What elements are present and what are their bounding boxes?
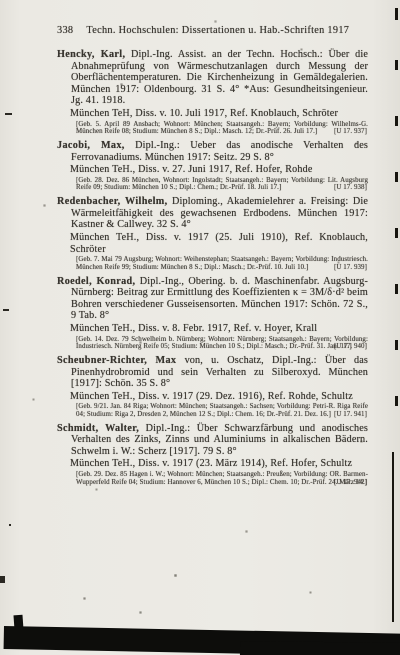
bio-text: [Geb. 29. Dez. 85 Hagen i. W.; Wohnort: … (76, 471, 368, 486)
entry-text: Redenbacher, Wilhelm, Diploming., Akadem… (57, 196, 368, 231)
scan-left-mark (3, 309, 9, 311)
dissertation-line: München TeH., Diss. v. 1917 (25. Juli 19… (57, 232, 368, 255)
catalog-number: [U 17. 938] (334, 184, 367, 192)
scan-right-mark (395, 8, 398, 20)
entry-author: Hencky, Karl, (57, 49, 125, 60)
bio-note: [Geb. 28. Dez. 86 München, Wohnort: Ingo… (57, 177, 368, 192)
entry-scheubner-richter: Scheubner-Richter, Max von, u. Oschatz, … (57, 355, 368, 419)
page-number: 338 (57, 25, 73, 36)
dissertation-line: München TeH., Diss. v. 1917 (23. März 19… (57, 458, 368, 470)
scan-right-mark (395, 340, 398, 350)
bio-text: [Geb. 14. Dez. 79 Schwelheim b. Nürnberg… (76, 336, 368, 351)
entry-redenbacher: Redenbacher, Wilhelm, Diploming., Akadem… (57, 196, 368, 271)
entry-text: Hencky, Karl, Dipl.-Ing. Assist. an der … (57, 49, 368, 107)
scan-right-mark (395, 228, 398, 238)
scanned-book-page: 338 Techn. Hochschulen: Dissertationen u… (0, 0, 400, 655)
dissertation-line: München TeH., Diss. v. 8. Febr. 1917, Re… (57, 323, 368, 335)
entry-text: Scheubner-Richter, Max von, u. Oschatz, … (57, 355, 368, 390)
bio-text: [Geb. 7. Mai 79 Augsburg; Wohnort: Weihe… (76, 256, 368, 271)
bio-text: [Geb. 9/21. Jan. 84 Riga; Wohnort: Münch… (76, 403, 368, 418)
scan-right-mark (395, 172, 398, 182)
dissertation-line: München TeH., Diss. v. 1917 (29. Dez. 19… (57, 391, 368, 403)
entry-author: Redenbacher, Wilhelm, (57, 196, 168, 207)
entry-author: Scheubner-Richter, Max (57, 355, 176, 366)
catalog-number: [U 17. 939] (334, 264, 367, 272)
catalog-number: [U 17. 942] (334, 479, 367, 487)
entry-author: Schmidt, Walter, (57, 423, 139, 434)
scan-left-mark (0, 576, 5, 583)
running-header: 338 Techn. Hochschulen: Dissertationen u… (57, 25, 368, 36)
catalog-number: [U 17. 941] (334, 411, 367, 419)
entry-jacobi: Jacobi, Max, Dipl.-Ing.: Ueber das anodi… (57, 140, 368, 192)
entry-text: Schmidt, Walter, Dipl.-Ing.: Über Schwar… (57, 423, 368, 458)
scan-right-mark (395, 116, 398, 126)
scan-left-mark (9, 524, 11, 526)
dissertation-line: München TeH, Diss. v. 10. Juli 1917, Ref… (57, 108, 368, 120)
scan-left-mark (5, 113, 12, 115)
bio-note: [Geb. 14. Dez. 79 Schwelheim b. Nürnberg… (57, 336, 368, 351)
entry-author: Jacobi, Max, (57, 140, 125, 151)
bio-note: [Geb. 7. Mai 79 Augsburg; Wohnort: Weihe… (57, 256, 368, 271)
entry-schmidt: Schmidt, Walter, Dipl.-Ing.: Über Schwar… (57, 423, 368, 487)
header-title: Techn. Hochschulen: Dissertationen u. Ha… (86, 25, 349, 36)
bio-text: [Geb. 5. April 89 Ansbach; Wohnort: Münc… (76, 121, 368, 136)
entry-author: Roedel, Konrad, (57, 276, 135, 287)
bio-text: [Geb. 28. Dez. 86 München, Wohnort: Ingo… (76, 177, 368, 192)
bio-note: [Geb. 29. Dez. 85 Hagen i. W.; Wohnort: … (57, 471, 368, 486)
scan-right-mark (395, 396, 398, 406)
entry-hencky: Hencky, Karl, Dipl.-Ing. Assist. an der … (57, 49, 368, 136)
scan-bottom-bar-right (240, 641, 400, 655)
scan-right-mark (395, 284, 398, 294)
catalog-number: [U 17. 940] (334, 343, 367, 351)
scan-right-edge-line (392, 452, 394, 622)
bio-note: [Geb. 5. April 89 Ansbach; Wohnort: Münc… (57, 121, 368, 136)
scan-speckles (0, 0, 1, 1)
scan-right-mark (395, 60, 398, 70)
entry-text: Roedel, Konrad, Dipl.-Ing., Obering. b. … (57, 276, 368, 322)
dissertation-line: München TeH., Diss. v. 27. Juni 1917, Re… (57, 164, 368, 176)
page-content: 338 Techn. Hochschulen: Dissertationen u… (57, 25, 368, 490)
bio-note: [Geb. 9/21. Jan. 84 Riga; Wohnort: Münch… (57, 403, 368, 418)
entry-roedel: Roedel, Konrad, Dipl.-Ing., Obering. b. … (57, 276, 368, 351)
entry-text: Jacobi, Max, Dipl.-Ing.: Ueber das anodi… (57, 140, 368, 163)
catalog-number: [U 17. 937] (334, 128, 367, 136)
